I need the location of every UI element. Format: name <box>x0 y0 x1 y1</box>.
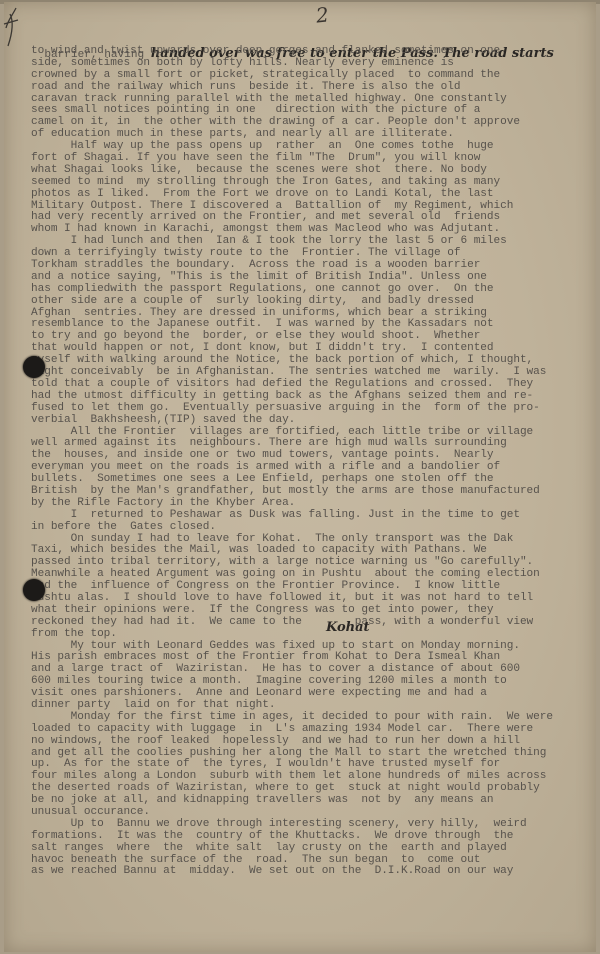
text-line: verbial Bakhsheesh,(TIP) saved the day. <box>31 415 591 427</box>
text-line: had the utmost difficulty in getting bac… <box>31 391 591 403</box>
text-line: by the Rifle Factory in the Khyber Area. <box>31 498 591 510</box>
text-line: has compliedwith the passport Regulation… <box>31 284 591 296</box>
text-line: from the top. <box>31 629 591 641</box>
punch-hole-upper <box>23 356 45 378</box>
page-number: 2 <box>315 2 330 27</box>
text-line: what their opinions were. If the Congres… <box>31 605 591 617</box>
text-line: fused to let them go. Eventually persuas… <box>31 403 591 415</box>
text-line: what Shagai looks like, because the scen… <box>31 165 591 177</box>
typewritten-body: to wind and twist upwards over deep gorg… <box>31 46 591 878</box>
text-line: salt ranges where the white salt lay cru… <box>31 843 591 855</box>
text-line: as we reached Bannu at midday. We set ou… <box>31 866 591 878</box>
punch-hole-lower <box>23 579 45 601</box>
text-line: seemed to mind my strolling through the … <box>31 177 591 189</box>
handwritten-kohat: Kohat <box>326 620 370 635</box>
text-line: other side are a couple of surly looking… <box>31 296 591 308</box>
text-line: Monday for the first time in ages, it de… <box>31 712 591 724</box>
text-line: Up to Bannu we drove through interesting… <box>31 819 591 831</box>
text-line: photos as I liked. From the Fort we drov… <box>31 189 591 201</box>
text-line: side, sometimes on both by lofty hills. … <box>31 58 591 70</box>
text-line: formations. It was the country of the Kh… <box>31 831 591 843</box>
text-line: in before the Gates closed. <box>31 522 591 534</box>
margin-scribble-icon <box>2 6 30 50</box>
text-line: crowned by a small fort or picket, strat… <box>31 70 591 82</box>
text-line: no windows, the roof leaked hopelessly a… <box>31 736 591 748</box>
text-line: reckoned they had had it. We came to the… <box>31 617 591 629</box>
text-line: loaded to capacity with luggage in L's a… <box>31 724 591 736</box>
text-line: road and the railway which runs beside i… <box>31 82 591 94</box>
text-line: I returned to Peshawar as Dusk was falli… <box>31 510 591 522</box>
